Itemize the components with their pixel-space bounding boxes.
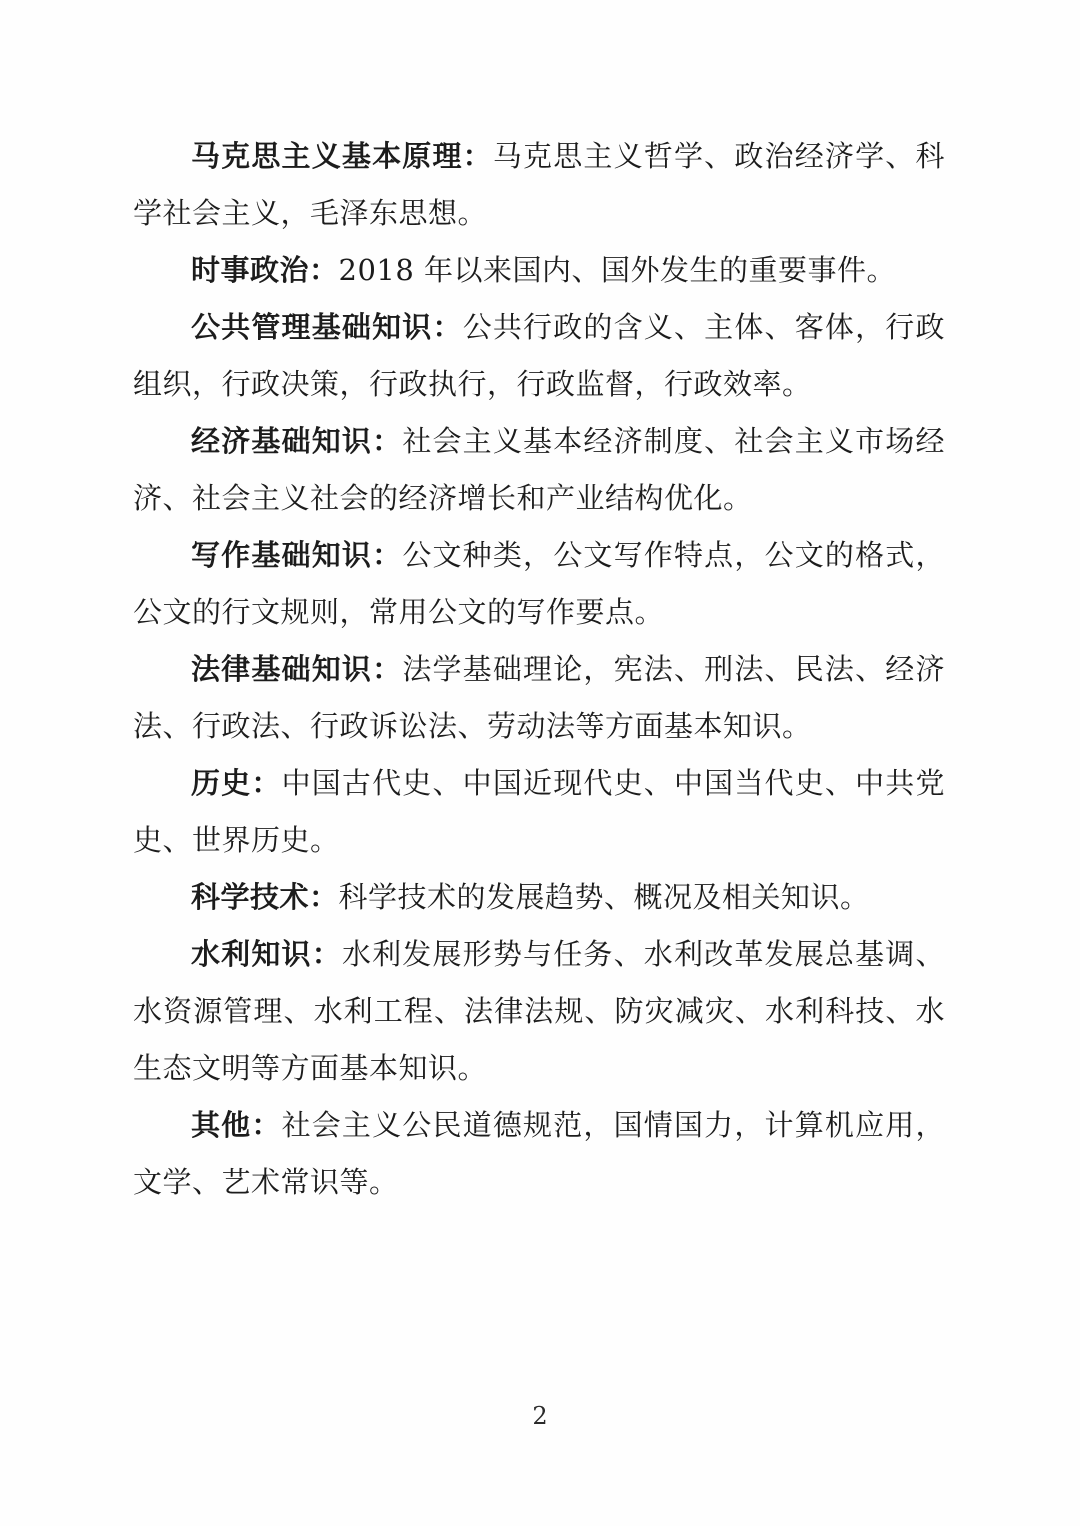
paragraph: 时事政治：2018 年以来国内、国外发生的重要事件。 <box>133 242 945 299</box>
paragraph: 其他：社会主义公民道德规范，国情国力，计算机应用，文学、艺术常识等。 <box>133 1097 945 1211</box>
paragraph-body: 2018 年以来国内、国外发生的重要事件。 <box>339 253 897 287</box>
paragraph-label: 其他： <box>191 1108 282 1142</box>
paragraph: 公共管理基础知识：公共行政的含义、主体、客体，行政组织，行政决策，行政执行，行政… <box>133 299 945 413</box>
paragraph-label: 时事政治： <box>191 253 339 287</box>
paragraph-label: 马克思主义基本原理： <box>191 139 493 173</box>
paragraph-label: 科学技术： <box>191 880 339 914</box>
page-number: 2 <box>0 1402 1080 1430</box>
paragraph-label: 水利知识： <box>191 937 342 971</box>
paragraph-label: 公共管理基础知识： <box>191 310 463 344</box>
paragraph: 法律基础知识：法学基础理论，宪法、刑法、民法、经济法、行政法、行政诉讼法、劳动法… <box>133 641 945 755</box>
paragraph-label: 历史： <box>191 766 282 800</box>
paragraph-label: 写作基础知识： <box>191 538 402 572</box>
paragraph: 经济基础知识：社会主义基本经济制度、社会主义市场经济、社会主义社会的经济增长和产… <box>133 413 945 527</box>
paragraph: 历史：中国古代史、中国近现代史、中国当代史、中共党史、世界历史。 <box>133 755 945 869</box>
paragraph-list: 马克思主义基本原理：马克思主义哲学、政治经济学、科学社会主义，毛泽东思想。时事政… <box>133 128 945 1211</box>
paragraph-label: 法律基础知识： <box>191 652 402 686</box>
paragraph: 写作基础知识：公文种类，公文写作特点，公文的格式，公文的行文规则，常用公文的写作… <box>133 527 945 641</box>
paragraph: 科学技术：科学技术的发展趋势、概况及相关知识。 <box>133 869 945 926</box>
paragraph: 马克思主义基本原理：马克思主义哲学、政治经济学、科学社会主义，毛泽东思想。 <box>133 128 945 242</box>
paragraph-body: 科学技术的发展趋势、概况及相关知识。 <box>339 880 870 914</box>
document-page: 马克思主义基本原理：马克思主义哲学、政治经济学、科学社会主义，毛泽东思想。时事政… <box>0 0 1080 1526</box>
paragraph-label: 经济基础知识： <box>191 424 402 458</box>
paragraph: 水利知识：水利发展形势与任务、水利改革发展总基调、水资源管理、水利工程、法律法规… <box>133 926 945 1097</box>
